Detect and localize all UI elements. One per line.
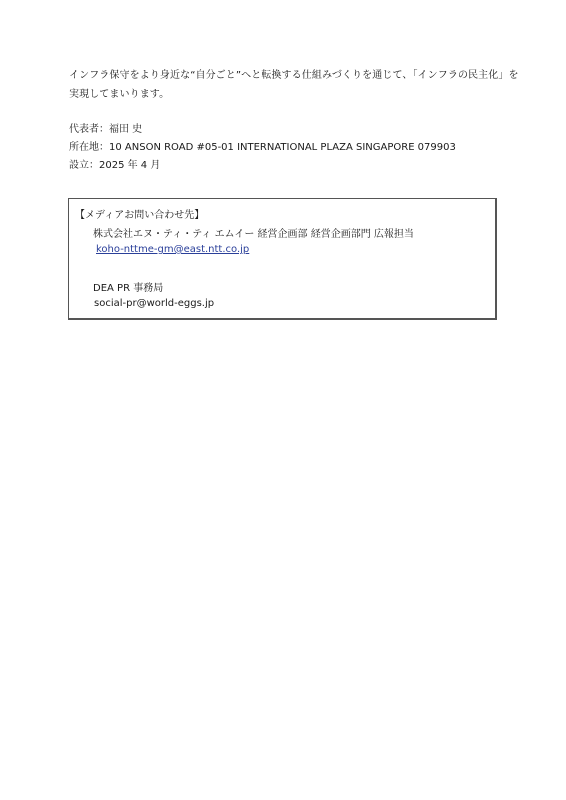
contact-organization: 株式会社エヌ・ティ・ティ エムイー 経営企画部 経営企画部門 広報担当 [93, 225, 414, 240]
company-info: 代表者：福田 史 所在地：10 ANSON ROAD #05-01 INTERN… [69, 121, 456, 175]
media-contact-heading: 【メディアお問い合わせ先】 [75, 206, 204, 221]
document-page: インフラ保守をより身近な“自分ごと”へと転換する仕組みづくりを通じて、「インフラ… [0, 0, 566, 800]
contact-email: social-pr@world-eggs.jp [94, 298, 214, 309]
contact-email-link[interactable]: koho-nttme-gm@east.ntt.co.jp [96, 244, 249, 255]
contact-organization: DEA PR 事務局 [93, 279, 163, 294]
address: 所在地：10 ANSON ROAD #05-01 INTERNATIONAL P… [69, 139, 456, 157]
established-date: 設立：2025 年 4 月 [69, 157, 456, 175]
intro-paragraph: インフラ保守をより身近な“自分ごと”へと転換する仕組みづくりを通じて、「インフラ… [69, 66, 509, 104]
media-contact-box: 【メディアお問い合わせ先】 株式会社エヌ・ティ・ティ エムイー 経営企画部 経営… [68, 198, 497, 320]
intro-line: 実現してまいります。 [69, 85, 509, 104]
representative: 代表者：福田 史 [69, 121, 456, 139]
intro-line: インフラ保守をより身近な“自分ごと”へと転換する仕組みづくりを通じて、「インフラ… [69, 66, 509, 85]
